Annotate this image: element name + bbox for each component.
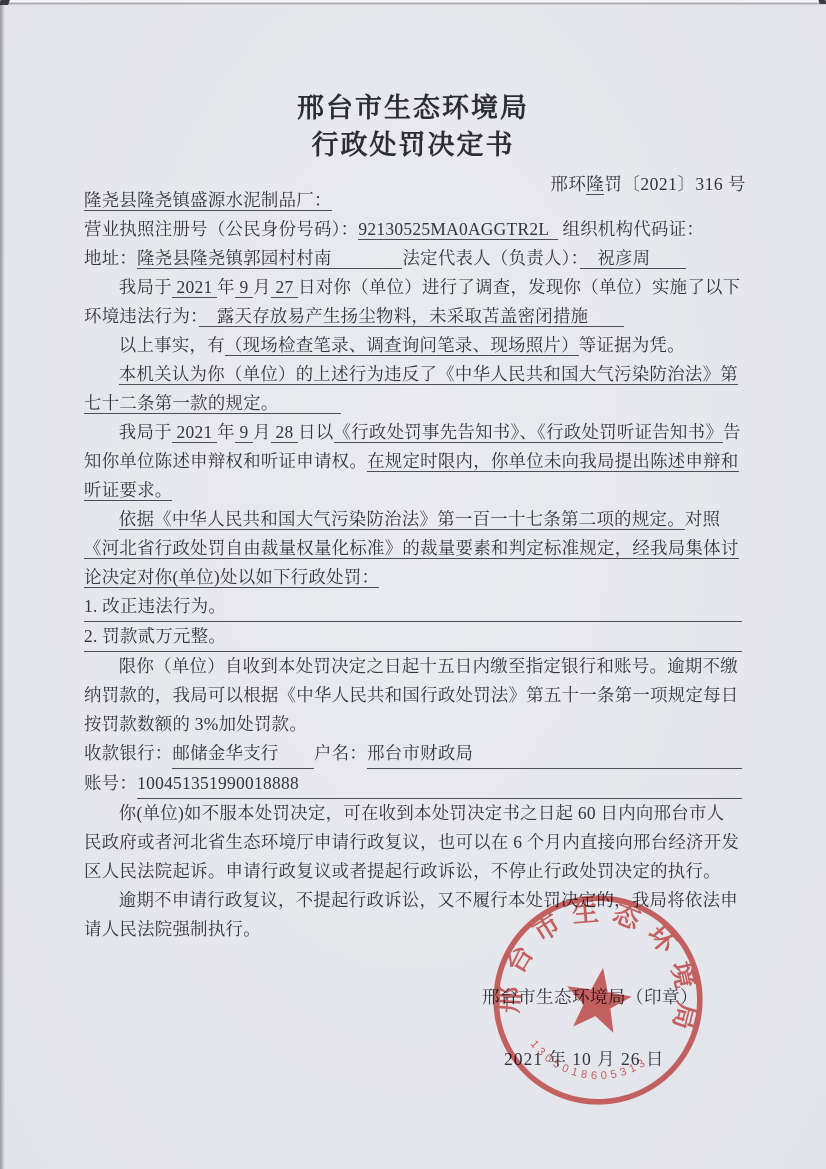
penalty-item-1: 1. 改正违法行为。 [84,592,742,622]
inspection-month: 9 [235,277,253,298]
account-number: 100451351990018888 [137,769,299,799]
document-title: 邢台市生态环境局 行政处罚决定书 [0,90,826,164]
scan-corner-artifact-topright [818,0,826,4]
bank-line: 收款银行：邮储金华支行 户名：邢台市财政局 [84,739,742,769]
addressee-line: 隆尧县隆尧镇盛源水泥制品厂： [84,186,742,215]
form-text: 营业执照注册号（公民身份号码）： [84,219,358,239]
evidence-paragraph: 以上事实，有（现场检查笔录、调查询问笔录、现场照片）等证据为凭。 [84,331,742,360]
form-text: 月 [253,422,271,442]
seal-arc-text: 邢台市生态环境局 [490,888,710,1044]
inspection-year: 2021 [172,277,217,298]
legal-representative: 祝彦周 [580,248,686,269]
blank-underline [226,622,742,652]
penalty-correct: 1. 改正违法行为。 [84,592,226,622]
scan-left-edge-artifact [0,0,5,1169]
penalty-item-2: 2. 罚款贰万元整。 [84,622,742,652]
red-star-icon [561,963,636,1035]
document-type-title: 行政处罚决定书 [0,127,826,164]
form-text: 户名： [314,739,367,769]
scan-top-edge-artifact [0,0,826,5]
blank-underline [473,739,742,769]
form-text: 法定代表人（负责人）： [402,248,579,268]
blank-underline [299,769,742,799]
appeal-rights-paragraph: 你(单位)如不服本处罚决定，可在收到本处罚决定书之日起 60 日内向邢台市人民政… [84,799,742,886]
form-text: 以上事实，有 [119,335,225,355]
license-line: 营业执照注册号（公民身份号码）：92130525MA0AGGTR2L 组织机构代… [84,215,742,244]
form-text: 账号： [84,769,137,799]
form-text: 日以 [298,422,333,442]
account-name: 邢台市财政局 [367,739,473,769]
form-text: 我局于 [119,422,172,442]
notice-documents: 《行政处罚事先告知书》、《行政处罚听证告知书》 [334,422,724,443]
violated-law-paragraph: 本机关认为你（单位）的上述行为违反了《中华人民共和国大气污染防治法》第七十二条第… [84,360,742,418]
scanned-document-page: 邢台市生态环境局 行政处罚决定书 邢环隆罚〔2021〕316 号 隆尧县隆尧镇盛… [0,0,826,1169]
body-paragraphs: 隆尧县隆尧镇盛源水泥制品厂：营业执照注册号（公民身份号码）：92130525MA… [84,186,742,944]
form-text: 我局于 [119,277,172,297]
address-value: 隆尧县隆尧镇郭园村村南 [137,248,402,269]
account-line: 账号：100451351990018888 [84,769,742,799]
form-text: 组织机构代码证： [558,219,704,239]
penalty-fine: 2. 罚款贰万元整。 [84,622,226,652]
notification-paragraph: 我局于 2021 年 9 月 28 日以《行政处罚事先告知书》、《行政处罚听证告… [84,418,742,505]
blank-underline [226,592,742,622]
violated-law: 本机关认为你（单位）的上述行为违反了《中华人民共和国大气污染防治法》第七十二条第… [84,364,738,414]
form-text: 你(单位)如不服本处罚决定，可在收到本处罚决定书之日起 60 日内向邢台市人民政… [84,803,739,881]
form-text: 收款银行： [84,739,172,769]
legal-basis-paragraph: 依据《中华人民共和国大气污染防治法》第一百一十七条第二项的规定。对照《河北省行政… [84,505,742,592]
form-text: 年 [217,422,235,442]
bank-name: 邮储金华支行 [172,739,314,769]
notice-year: 2021 [172,422,217,443]
form-text: 地址： [84,248,137,268]
form-text: 限你（单位）自收到本处罚决定之日起十五日内缴至指定银行和账号。逾期不缴纳罚款的，… [84,656,739,734]
investigation-paragraph: 我局于 2021 年 9 月 27 日对你（单位）进行了调查，发现你（单位）实施… [84,273,742,331]
form-text: 等证据为凭。 [579,335,685,355]
violation-description: 露天存放易产生扬尘物料，未采取苫盖密闭措施 [199,306,624,327]
issuing-authority-title: 邢台市生态环境局 [0,90,826,127]
form-text: 月 [253,277,271,297]
inspection-day: 27 [271,277,298,298]
license-number: 92130525MA0AGGTR2L [358,219,558,240]
company-name: 隆尧县隆尧镇盛源水泥制品厂： [84,190,332,211]
discretion-standard: 《河北省行政处罚自由裁量权量化标准》的裁量要素和判定标准规定，经我局集体讨论决定… [84,538,739,588]
notice-month: 9 [235,422,253,443]
form-text: 对照 [685,509,720,529]
evidence-list: （现场检查笔录、调查询问笔录、现场照片） [225,335,579,356]
payment-deadline-paragraph: 限你（单位）自收到本处罚决定之日起十五日内缴至指定银行和账号。逾期不缴纳罚款的，… [84,652,742,739]
form-text: 年 [217,277,235,297]
official-seal: 邢台市生态环境局 1305018605313 [486,888,710,1112]
address-line: 地址：隆尧县隆尧镇郭园村村南 法定代表人（负责人）： 祝彦周 [84,244,742,273]
penalty-basis: 依据《中华人民共和国大气污染防治法》第一百一十七条第二项的规定。 [119,509,685,530]
notice-day: 28 [271,422,298,443]
